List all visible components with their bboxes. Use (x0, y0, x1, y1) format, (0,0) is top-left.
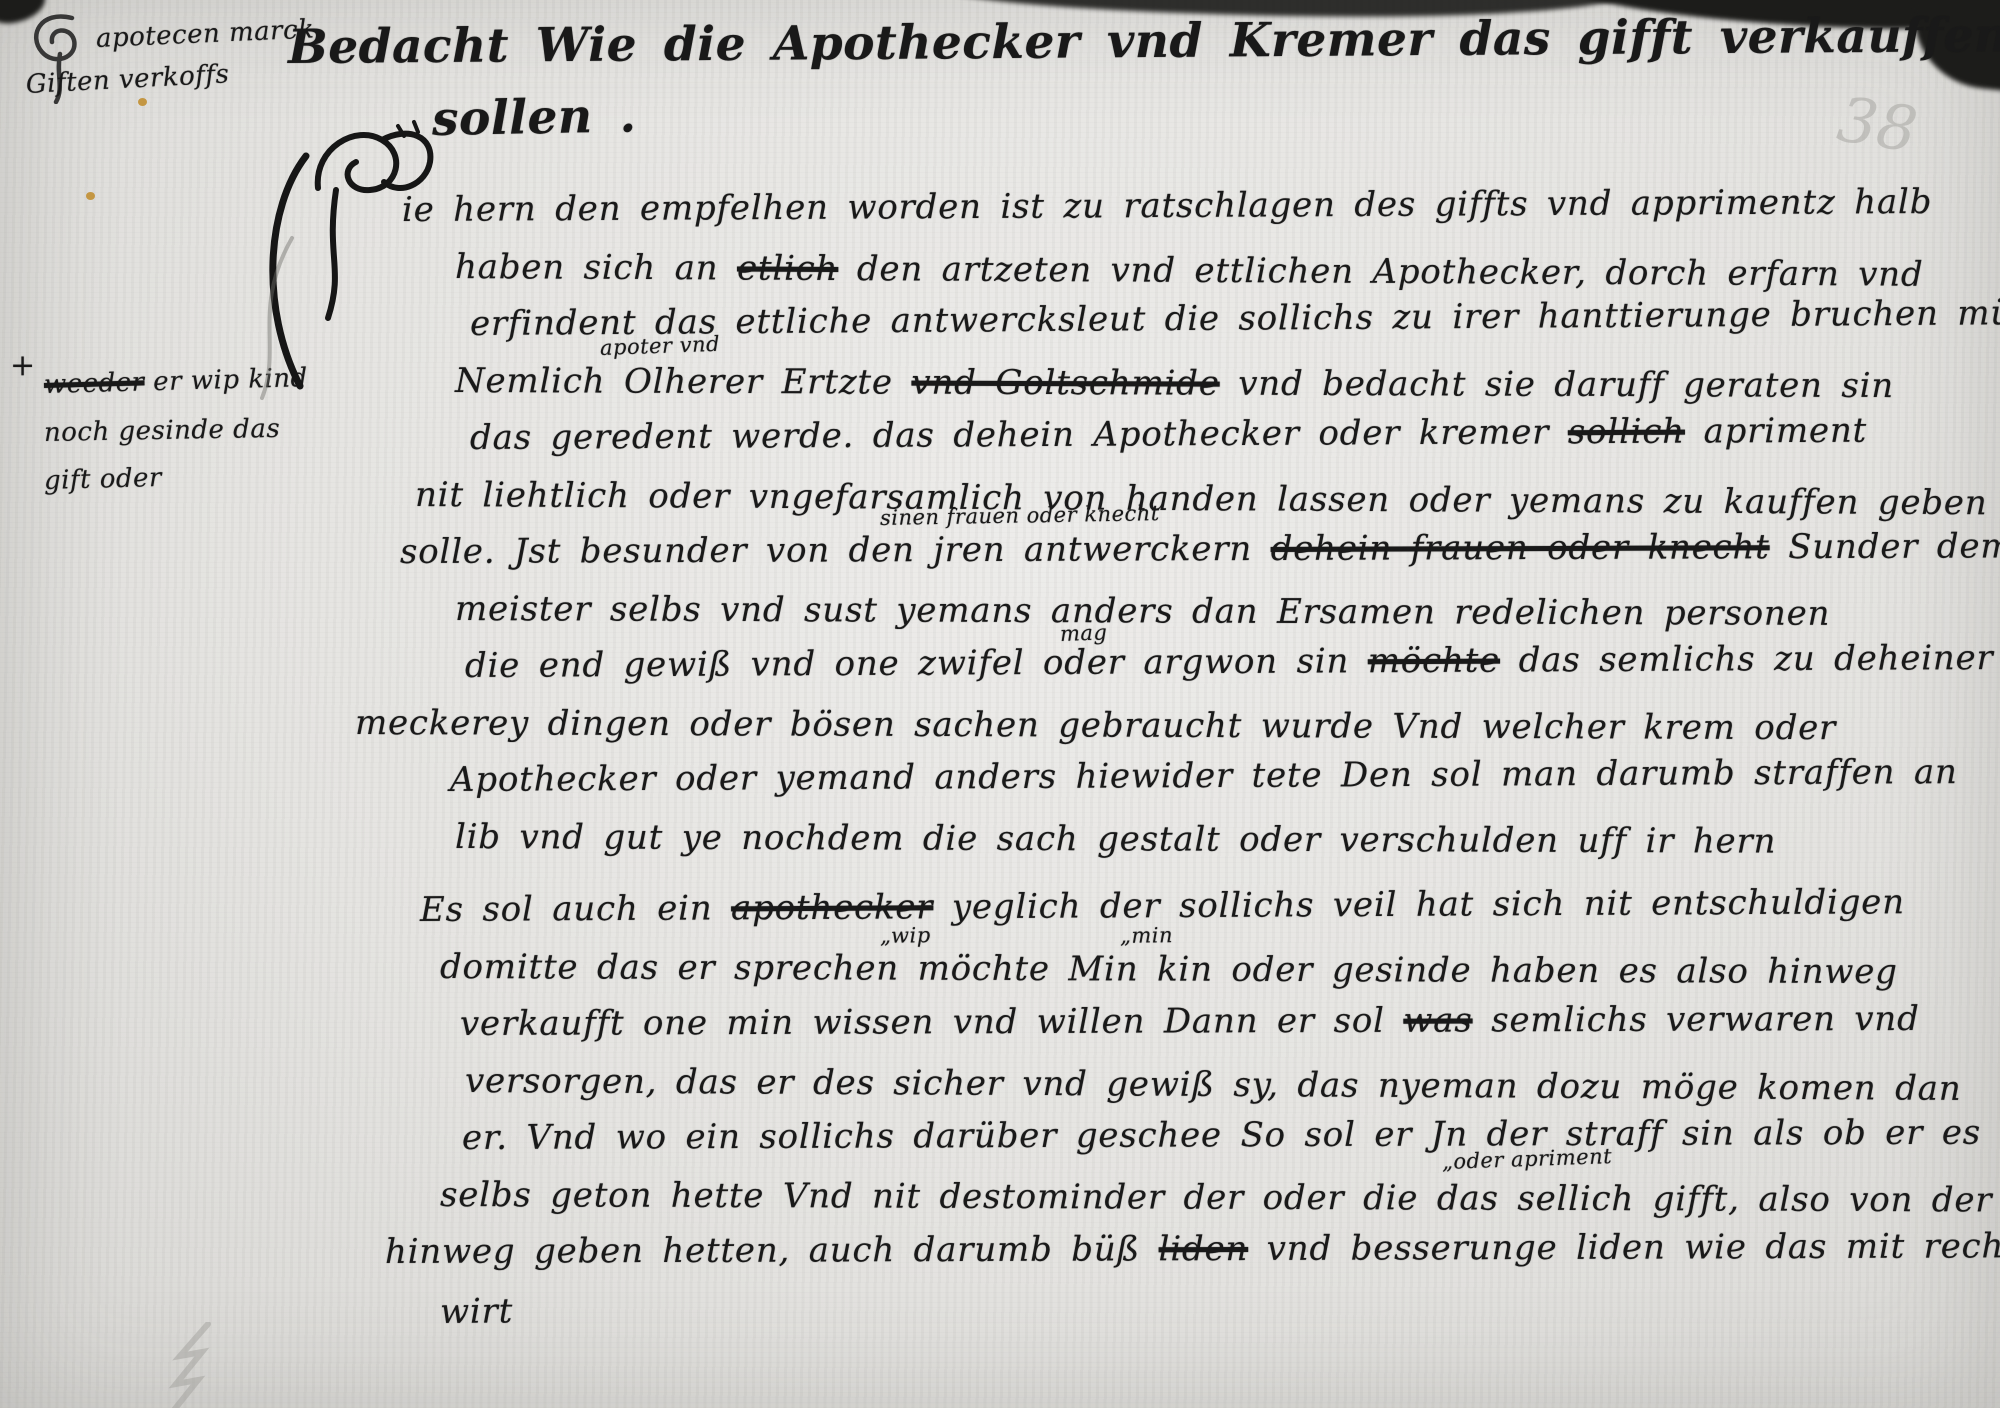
struck-word: weeder (44, 367, 145, 400)
line-text: wirt (440, 1291, 513, 1332)
line-text: versorgen, das er des sicher vnd gewiß s… (465, 1061, 1962, 1109)
line-text: den artzeten vnd ettlichen Apothecker, d… (838, 249, 1923, 295)
manuscript-line: domitte das er sprechen möchte Min kin o… (440, 947, 1898, 992)
manuscript-line: Nemlich Olherer Ertzte vnd Goltschmide v… (455, 361, 1894, 406)
paper-speck (138, 98, 147, 106)
manuscript-line: ie hern den empfelhen worden ist zu rats… (402, 182, 1932, 230)
line-text: yeglich der sollichs veil hat sich nit e… (933, 882, 1905, 927)
interlinear-insertion: mag (1060, 620, 1108, 646)
interlinear-insertion: sinen frauen oder knecht (880, 501, 1160, 530)
struck-text: was (1403, 1000, 1472, 1040)
interlinear-insertion: „wip (880, 923, 931, 948)
manuscript-line: selbs geton hette Vnd nit destominder de… (440, 1175, 2000, 1221)
margin-note-top-line1: apotecen marck (95, 14, 315, 54)
line-text: hinweg geben hetten, auch darumb büß (385, 1229, 1159, 1272)
struck-text: vnd Goltschmide (911, 363, 1219, 404)
interlinear-insertion: apoter vnd (600, 332, 721, 360)
line-text: die end gewiß vnd one zwifel oder argwon… (465, 641, 1368, 686)
manuscript-line: die end gewiß vnd one zwifel oder argwon… (465, 638, 1994, 686)
line-text: vnd bedacht sie daruff geraten sin (1220, 364, 1894, 406)
line-text: domitte das er sprechen möchte Min kin o… (440, 947, 1898, 992)
struck-text: apothecker (731, 887, 933, 928)
line-text: meckerey dingen oder bösen sachen gebrau… (355, 703, 1836, 748)
line-text: Nemlich Olherer Ertzte (455, 361, 912, 403)
line-text: Apothecker oder yemand anders hiewider t… (450, 752, 1958, 800)
interlinear-insertion: „oder apriment (1442, 1144, 1613, 1174)
pencil-hatch-mark (168, 1322, 238, 1408)
margin-note-side-line3: gift oder (44, 463, 163, 496)
line-text: meister selbs vnd sust yemans anders dan… (455, 589, 1830, 634)
manuscript-line: das geredent werde. das dehein Apothecke… (470, 411, 1867, 458)
line-text: verkaufft one min wissen vnd willen Dann… (460, 1001, 1403, 1044)
line-text: Sunder dem (1770, 526, 2000, 567)
document-page: 38 apotecen marck Giften verkoffs Bedach… (0, 0, 2000, 1408)
manuscript-line: meister selbs vnd sust yemans anders dan… (455, 589, 1830, 634)
manuscript-line: verkaufft one min wissen vnd willen Dann… (460, 999, 1920, 1044)
page-title-line2: sollen . (432, 88, 637, 147)
line-text: das semlichs zu deheiner (1500, 638, 1994, 681)
manuscript-line: wirt (440, 1291, 513, 1332)
struck-text: liden (1159, 1229, 1249, 1269)
line-text: solle. Jst besunder von den jren antwerc… (400, 529, 1271, 572)
page-number: 38 (1833, 82, 1922, 166)
manuscript-line: nit liehtlich oder vngefarsamlich von ha… (415, 475, 1988, 523)
line-text: das geredent werde. das dehein Apothecke… (470, 412, 1568, 458)
line-text: selbs geton hette Vnd nit destominder de… (440, 1175, 2000, 1221)
paper-speck (86, 192, 95, 200)
interlinear-insertion: „min (1120, 923, 1173, 948)
manuscript-line: meckerey dingen oder bösen sachen gebrau… (355, 703, 1836, 748)
line-text: Es sol auch ein (420, 888, 731, 930)
struck-text: etlich (737, 248, 838, 289)
manuscript-line: er. Vnd wo ein sollichs darüber geschee … (462, 1113, 1981, 1158)
manuscript-line: Apothecker oder yemand anders hiewider t… (450, 752, 1958, 800)
drop-cap-flourish (248, 118, 448, 412)
line-text: nit liehtlich oder vngefarsamlich von ha… (415, 475, 1988, 523)
line-text: er. Vnd wo ein sollichs darüber geschee … (462, 1113, 1981, 1158)
manuscript-line: hinweg geben hetten, auch darumb büß lid… (385, 1226, 2000, 1272)
manuscript-line: solle. Jst besunder von den jren antwerc… (400, 526, 2000, 572)
line-text: semlichs verwaren vnd (1473, 999, 1920, 1041)
struck-text: sollich (1568, 412, 1685, 453)
margin-note-side-line2: noch gesinde das (44, 414, 281, 448)
struck-text: dehein frauen oder knecht (1271, 527, 1770, 569)
manuscript-line: lib vnd gut ye nochdem die sach gestalt … (455, 817, 1776, 862)
line-text: lib vnd gut ye nochdem die sach gestalt … (455, 817, 1776, 862)
line-text: apriment (1685, 411, 1867, 452)
line-text: haben sich an (455, 247, 737, 288)
line-text: ie hern den empfelhen worden ist zu rats… (402, 182, 1932, 230)
manuscript-line: versorgen, das er des sicher vnd gewiß s… (465, 1061, 1962, 1109)
manuscript-line: haben sich an etlich den artzeten vnd et… (455, 247, 1924, 295)
struck-text: möchte (1368, 641, 1500, 682)
page-title-line1: Bedacht Wie die Apothecker vnd Kremer da… (288, 8, 2000, 75)
line-text: vnd besserunge liden wie das mit recht e… (1248, 1226, 2000, 1269)
margin-plus-mark: + (10, 348, 36, 383)
